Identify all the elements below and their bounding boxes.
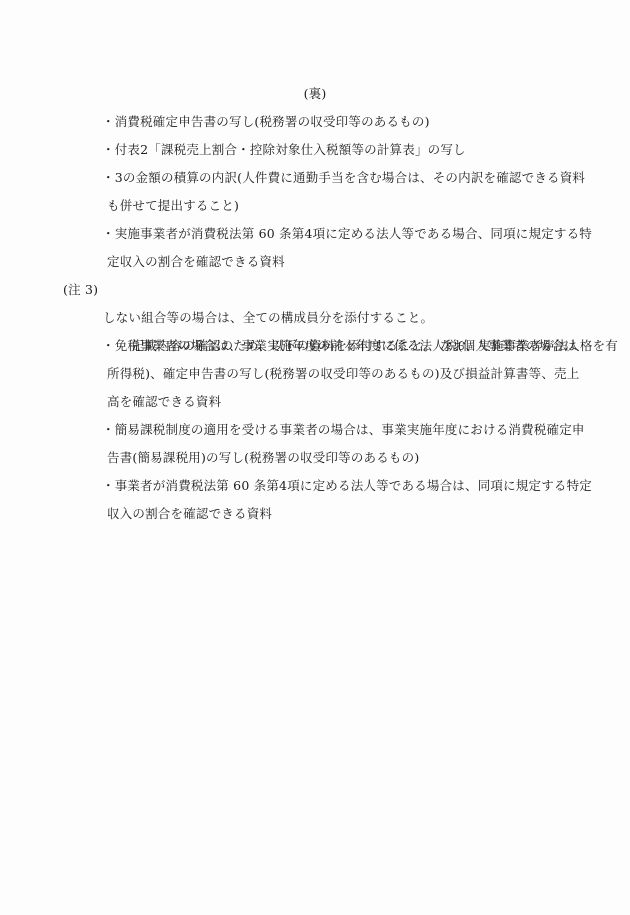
doc-line-bullet: ・消費税確定申告書の写し(税務署の収受印等のあるもの): [0, 108, 630, 136]
document-page: (裏) ・消費税確定申告書の写し(税務署の収受印等のあるもの) ・付表2「課税売…: [0, 0, 630, 528]
doc-line-continuation: 収入の割合を確認できる資料: [0, 500, 630, 528]
note-text: 記載内容の確認のため、以下の資料を添付すること。 なお、実施事業者が法人格を有: [132, 338, 618, 353]
doc-line-continuation: 所得税)、確定申告書の写し(税務署の収受印等のあるもの)及び損益計算書等、売上: [0, 360, 630, 388]
doc-line-bullet: ・付表2「課税売上割合・控除対象仕入税額等の計算表」の写し: [0, 136, 630, 164]
doc-line-bullet: ・実施事業者が消費税法第 60 条第4項に定める法人等である場合、同項に規定する…: [0, 220, 630, 248]
doc-line-continuation: 高を確認できる資料: [0, 388, 630, 416]
doc-line-bullet: ・3の金額の積算の内訳(人件費に通勤手当を含む場合は、その内訳を確認できる資料: [0, 164, 630, 192]
note-line: (注 3) 記載内容の確認のため、以下の資料を添付すること。 なお、実施事業者が…: [0, 276, 630, 304]
note-continuation: しない組合等の場合は、全ての構成員分を添付すること。: [0, 304, 630, 332]
page-side-label: (裏): [0, 80, 630, 108]
doc-line-continuation: も併せて提出すること): [0, 192, 630, 220]
doc-line-bullet: ・簡易課税制度の適用を受ける事業者の場合は、事業実施年度における消費税確定申: [0, 416, 630, 444]
doc-line-continuation: 告書(簡易課税用)の写し(税務署の収受印等のあるもの): [0, 444, 630, 472]
note-label: (注 3): [63, 276, 98, 304]
doc-line-bullet: ・事業者が消費税法第 60 条第4項に定める法人等である場合は、同項に規定する特…: [0, 472, 630, 500]
doc-line-continuation: 定収入の割合を確認できる資料: [0, 248, 630, 276]
